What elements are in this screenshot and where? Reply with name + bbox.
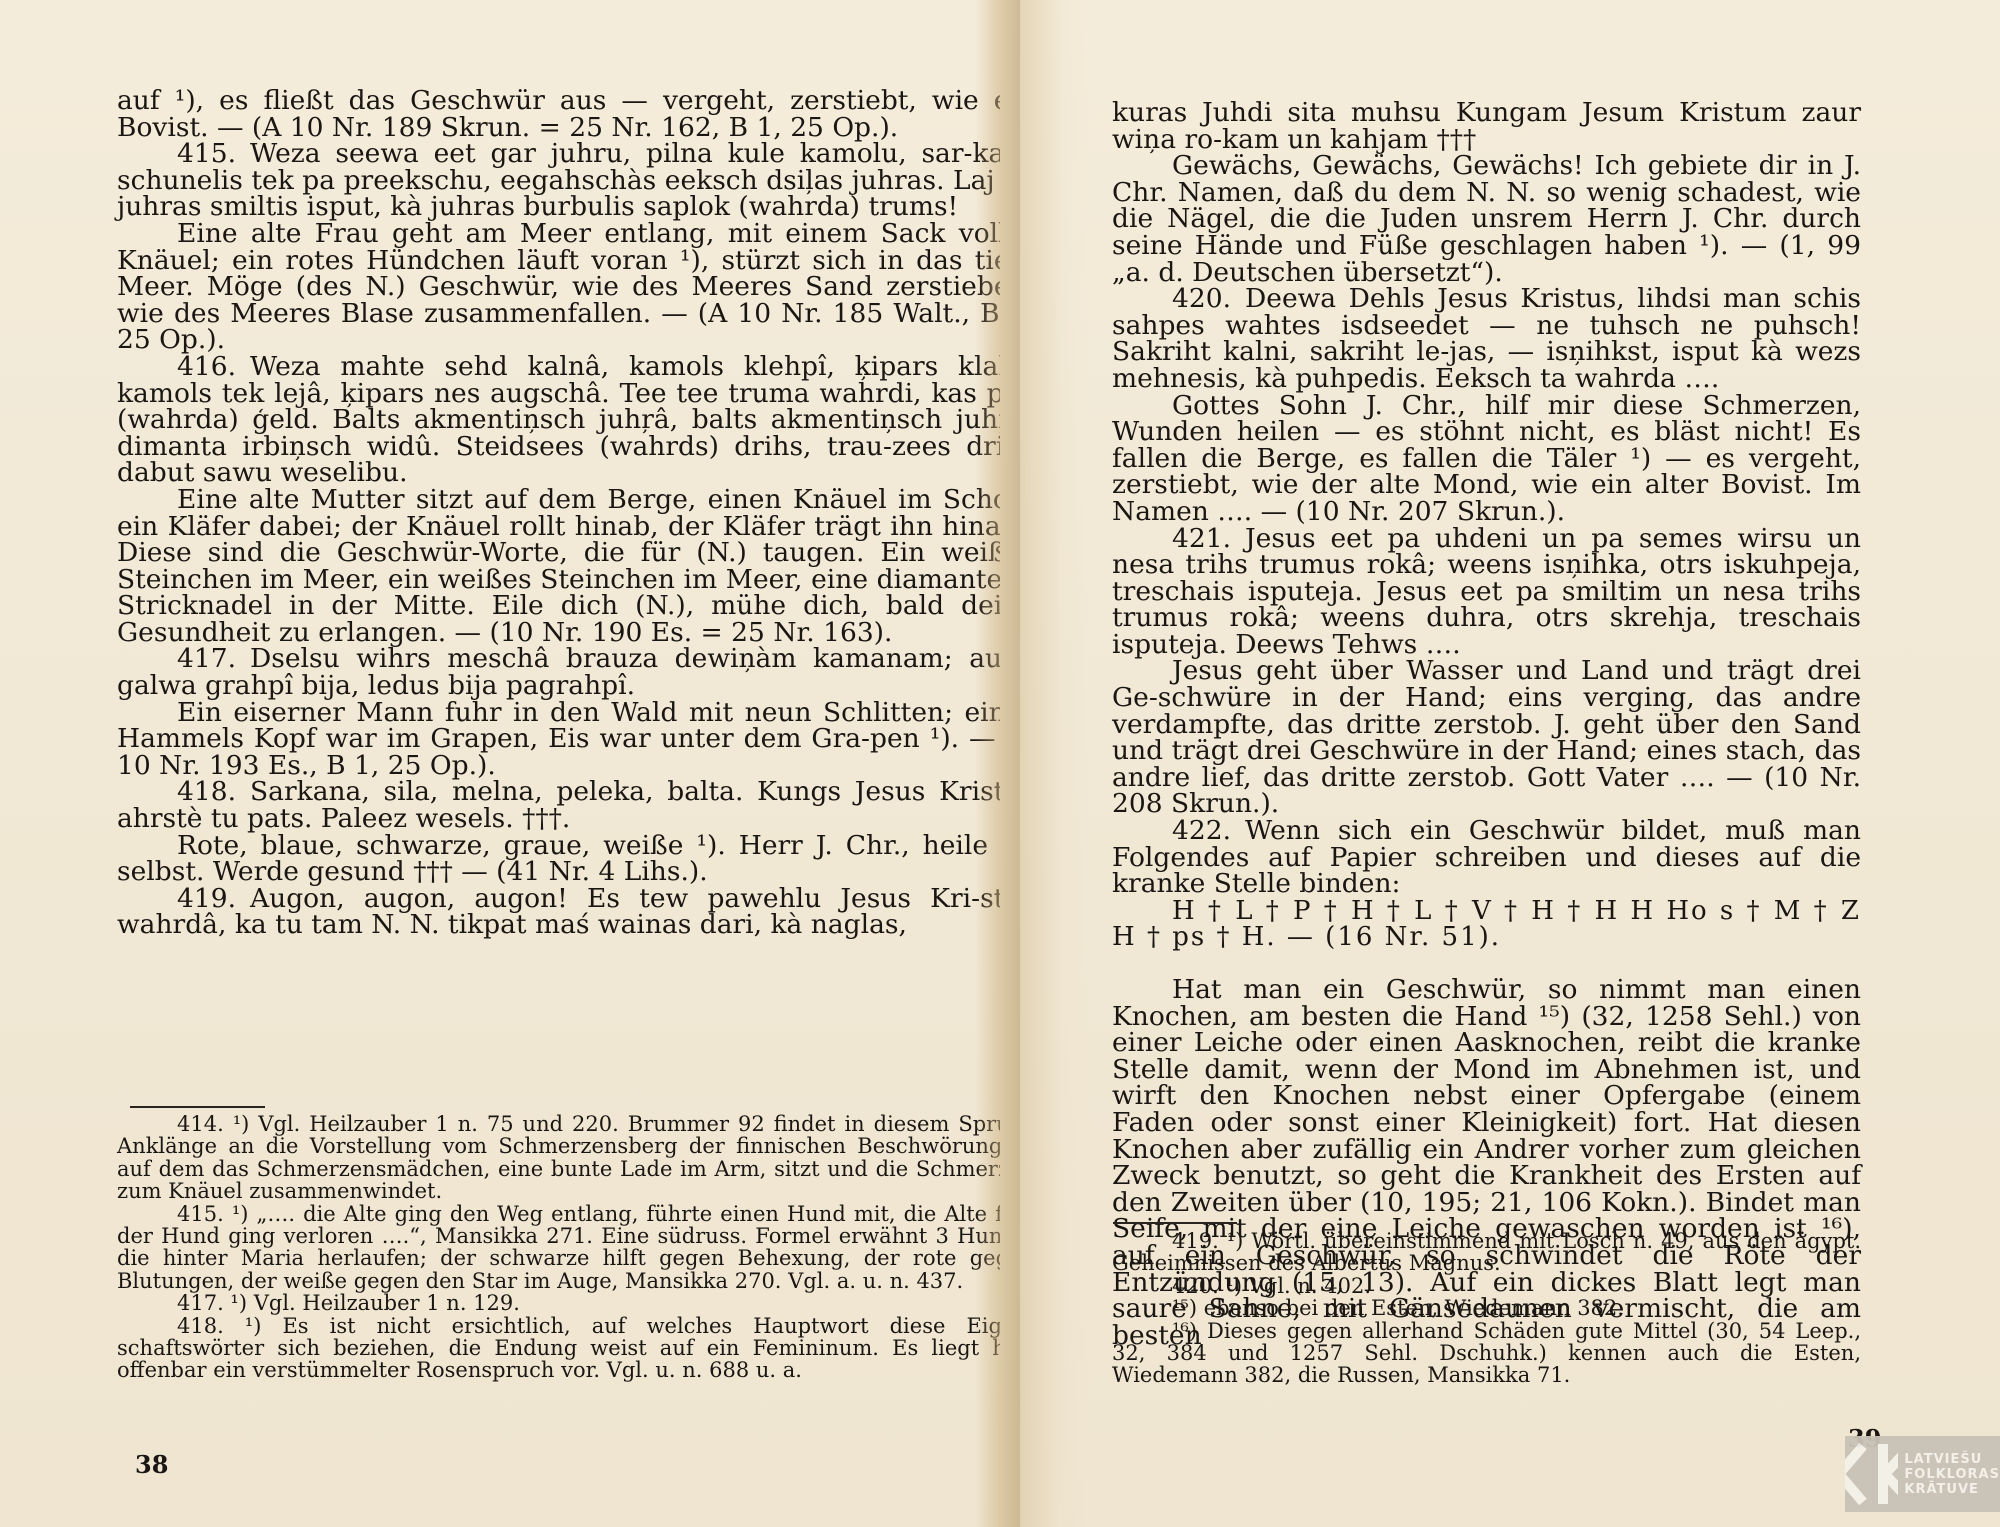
paragraph: Ein eiserner Mann fuhr in den Wald mit n…: [117, 700, 1035, 780]
paragraph-text: Augon, augon, augon! Es tew pawehlu Jesu…: [117, 883, 1035, 941]
paragraph-text: Gottes Sohn J. Chr., hilf mir diese Schm…: [1112, 390, 1861, 527]
paragraph-text: Sarkana, sila, melna, peleka, balta. Kun…: [117, 776, 1035, 834]
paragraph: Gewächs, Gewächs, Gewächs! Ich gebiete d…: [1112, 153, 1861, 286]
footnote-text: ¹⁶) Dieses gegen allerhand Schäden gute …: [1112, 1319, 1861, 1388]
watermark-line: LATVIEŠU: [1904, 1452, 2000, 1467]
footnote-rule: [1113, 1222, 1237, 1224]
footnote-text: 418. ¹) Es ist nicht ersichtlich, auf we…: [117, 1314, 1035, 1383]
paragraph-text: kuras Juhdi sita muhsu Kungam Jesum Kris…: [1112, 97, 1861, 155]
footnote: 417. ¹) Vgl. Heilzauber 1 n. 129.: [117, 1292, 1035, 1314]
footnote-text: 415. ¹) „…. die Alte ging den Weg entlan…: [117, 1202, 1035, 1293]
charm-formula-text: H † L † P † H † L † V † H † H H Ho s † M…: [1112, 896, 1861, 953]
left-body-text: auf ¹), es fließt das Geschwür aus — ver…: [117, 88, 1035, 939]
paragraph-text: Weza seewa eet gar juhru, pilna kule kam…: [117, 138, 1035, 222]
paragraph: auf ¹), es fließt das Geschwür aus — ver…: [117, 88, 1035, 141]
footnote: 418. ¹) Es ist nicht ersichtlich, auf we…: [117, 1315, 1035, 1382]
paragraph: Rote, blaue, schwarze, graue, weiße ¹). …: [117, 833, 1035, 886]
footnote: 420. ¹) Vgl. n. 402.: [1112, 1275, 1861, 1297]
lfk-logo-icon: [1845, 1436, 1898, 1512]
paragraph-417: 417.Dselsu wihrs meschâ brauza dewiņàm k…: [117, 646, 1035, 699]
paragraph-text: Eine alte Mutter sitzt auf dem Berge, ei…: [117, 484, 1035, 648]
paragraph: kuras Juhdi sita muhsu Kungam Jesum Kris…: [1112, 100, 1861, 153]
footnote: ¹⁶) Dieses gegen allerhand Schäden gute …: [1112, 1320, 1861, 1387]
footnote: ¹⁵) ebenso bei den Esten, Wiedemann 382.: [1112, 1297, 1861, 1319]
archive-watermark-logo: LATVIEŠU FOLKLORAS KRĀTUVE: [1845, 1436, 2000, 1512]
footnote-text: 420. ¹) Vgl. n. 402.: [1172, 1274, 1371, 1298]
paragraph-text: Eine alte Frau geht am Meer entlang, mit…: [117, 218, 1035, 355]
paragraph-text: Gewächs, Gewächs, Gewächs! Ich gebiete d…: [1112, 150, 1861, 287]
right-body-text: kuras Juhdi sita muhsu Kungam Jesum Kris…: [1112, 100, 1861, 1349]
footnote-rule: [130, 1106, 265, 1108]
paragraph: Eine alte Mutter sitzt auf dem Berge, ei…: [117, 487, 1035, 647]
watermark-line: KRĀTUVE: [1904, 1482, 2000, 1497]
paragraph-419: 419.Augon, augon, augon! Es tew pawehlu …: [117, 886, 1035, 939]
watermark-line: FOLKLORAS: [1904, 1467, 2000, 1482]
footnote-text: 419. ¹) Wörtl. übereinstimmend mit Losch…: [1112, 1229, 1861, 1275]
paragraph-text: Dselsu wihrs meschâ brauza dewiņàm kaman…: [117, 643, 1035, 701]
footnote: 414. ¹) Vgl. Heilzauber 1 n. 75 und 220.…: [117, 1113, 1035, 1203]
book-spread: auf ¹), es fließt das Geschwür aus — ver…: [0, 0, 2000, 1527]
paragraph: Gottes Sohn J. Chr., hilf mir diese Schm…: [1112, 393, 1861, 526]
right-footnotes: 419. ¹) Wörtl. übereinstimmend mit Losch…: [1112, 1230, 1861, 1387]
paragraph-416: 416.Weza mahte sehd kalnâ, kamols klehpî…: [117, 354, 1035, 487]
paragraph-text: Rote, blaue, schwarze, graue, weiße ¹). …: [117, 830, 1035, 888]
paragraph-420: 420.Deewa Dehls Jesus Kristus, lihdsi ma…: [1112, 286, 1861, 392]
paragraph-418: 418.Sarkana, sila, melna, peleka, balta.…: [117, 779, 1035, 832]
gutter-shadow: [1020, 0, 1090, 1527]
footnote-text: 417. ¹) Vgl. Heilzauber 1 n. 129.: [177, 1291, 520, 1315]
paragraph-421: 421.Jesus eet pa uhdeni un pa semes wirs…: [1112, 526, 1861, 659]
paragraph-text: auf ¹), es fließt das Geschwür aus — ver…: [117, 85, 1035, 143]
footnote: 415. ¹) „…. die Alte ging den Weg entlan…: [117, 1203, 1035, 1293]
paragraph-text: Jesus geht über Wasser und Land und träg…: [1112, 655, 1861, 819]
paragraph: Eine alte Frau geht am Meer entlang, mit…: [117, 221, 1035, 354]
page-number-left: 38: [135, 1450, 168, 1479]
footnote: 419. ¹) Wörtl. übereinstimmend mit Losch…: [1112, 1230, 1861, 1275]
gutter-shadow: [975, 0, 1020, 1527]
footnote-text: 414. ¹) Vgl. Heilzauber 1 n. 75 und 220.…: [117, 1112, 1035, 1203]
paragraph: Jesus geht über Wasser und Land und träg…: [1112, 658, 1861, 818]
footnote-text: ¹⁵) ebenso bei den Esten, Wiedemann 382.: [1172, 1296, 1624, 1320]
paragraph-text: Ein eiserner Mann fuhr in den Wald mit n…: [117, 697, 1035, 781]
paragraph-text: Weza mahte sehd kalnâ, kamols klehpî, ķi…: [117, 351, 1035, 488]
charm-formula: H † L † P † H † L † V † H † H H Ho s † M…: [1112, 898, 1861, 951]
watermark-text: LATVIEŠU FOLKLORAS KRĀTUVE: [1904, 1452, 2000, 1497]
paragraph-422: 422.Wenn sich ein Geschwür bildet, muß m…: [1112, 818, 1861, 898]
left-page: auf ¹), es fließt das Geschwür aus — ver…: [0, 0, 1000, 1527]
paragraph-415: 415.Weza seewa eet gar juhru, pilna kule…: [117, 141, 1035, 221]
left-footnotes: 414. ¹) Vgl. Heilzauber 1 n. 75 und 220.…: [117, 1113, 1035, 1382]
